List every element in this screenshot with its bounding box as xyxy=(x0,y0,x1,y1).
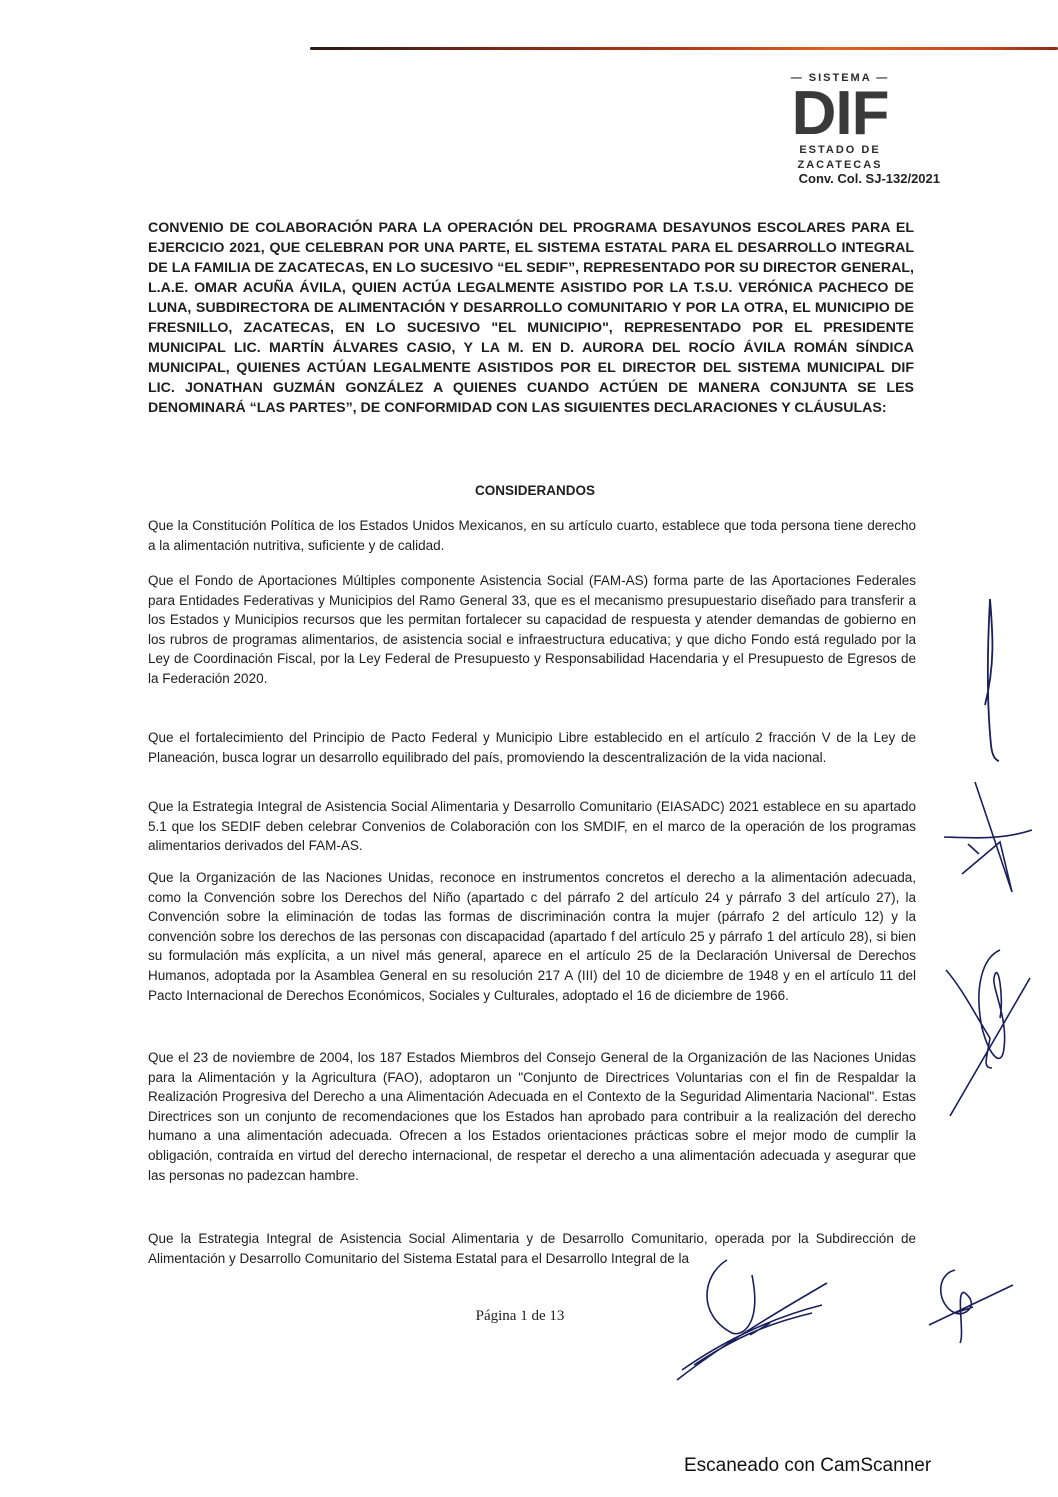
page-number: Página 1 de 13 xyxy=(440,1308,600,1325)
scanner-watermark: Escaneado con CamScanner xyxy=(684,1455,931,1477)
paragraph-5: Que la Organización de las Naciones Unid… xyxy=(148,868,916,1005)
agreement-reference: Conv. Col. SJ-132/2021 xyxy=(740,171,940,186)
logo-mark: DIF xyxy=(770,86,910,142)
signature-5-icon xyxy=(925,1265,1015,1345)
agreement-preamble: CONVENIO DE COLABORACIÓN PARA LA OPERACI… xyxy=(148,218,914,418)
signature-3-icon xyxy=(942,948,1032,1118)
paragraph-6: Que el 23 de noviembre de 2004, los 187 … xyxy=(148,1048,916,1185)
signature-1-icon xyxy=(975,595,1005,765)
section-title: CONSIDERANDOS xyxy=(140,483,930,498)
paragraph-2: Que el Fondo de Aportaciones Múltiples c… xyxy=(148,571,916,689)
paragraph-4: Que la Estrategia Integral de Asistencia… xyxy=(148,797,916,856)
signature-2-icon xyxy=(942,780,1032,900)
logo-bottom-line1: ESTADO DE xyxy=(770,144,910,157)
paragraph-1: Que la Constitución Política de los Esta… xyxy=(148,516,916,555)
signature-4-icon xyxy=(672,1255,832,1385)
header-rule xyxy=(310,47,1058,50)
paragraph-3: Que el fortalecimiento del Principio de … xyxy=(148,728,916,767)
dif-logo: — SISTEMA — DIF ESTADO DE ZACATECAS xyxy=(770,72,910,172)
